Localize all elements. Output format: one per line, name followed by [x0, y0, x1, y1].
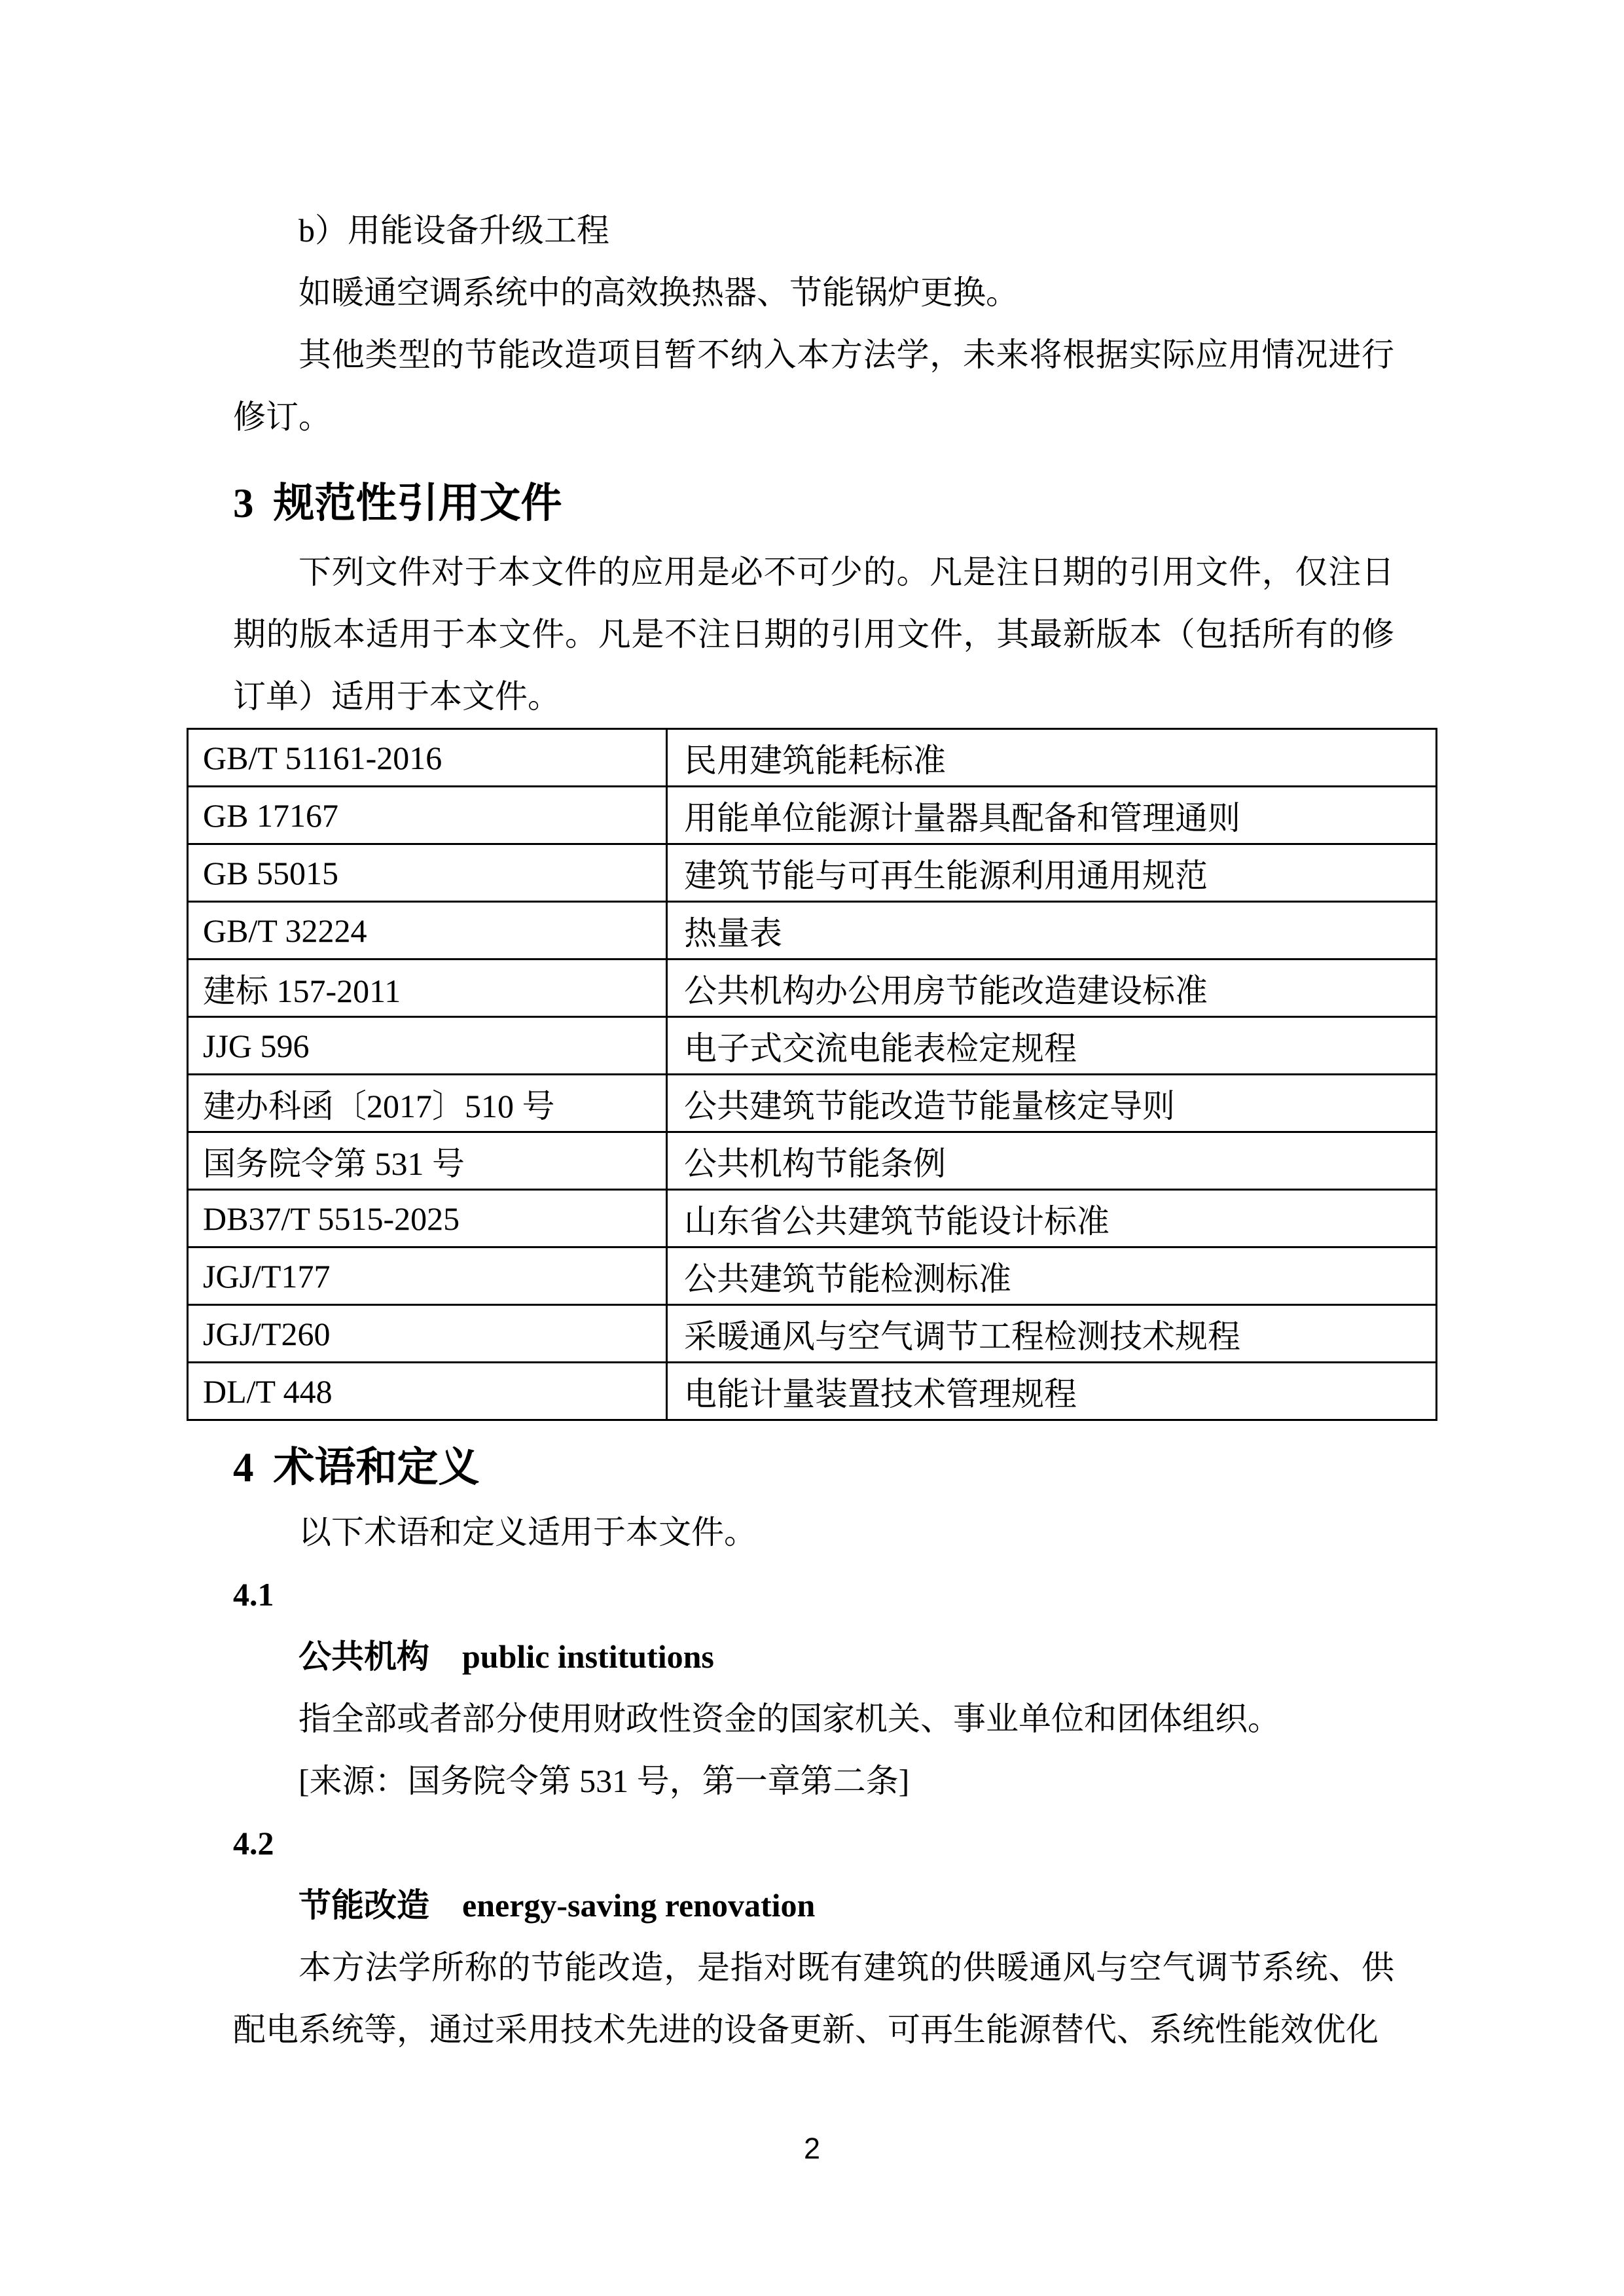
reference-row: 国务院令第 531 号 公共机构节能条例 [188, 1132, 1437, 1190]
section-3-title: 规范性引用文件 [274, 473, 562, 533]
section-4-title: 术语和定义 [274, 1437, 480, 1498]
reference-title: 电子式交流电能表检定规程 [667, 1017, 1437, 1075]
reference-title: 热量表 [667, 902, 1437, 960]
term-4-2-title: 节能改造energy-saving renovation [233, 1874, 1394, 1937]
term-4-1-en: public institutions [462, 1638, 714, 1675]
reference-row: JGJ/T260 采暖通风与空气调节工程检测技术规程 [188, 1305, 1437, 1363]
reference-code: 建办科函〔2017〕510 号 [188, 1075, 667, 1132]
term-4-2-en: energy-saving renovation [462, 1887, 815, 1924]
term-4-2-zh: 节能改造 [298, 1887, 429, 1924]
reference-title: 用能单位能源计量器具配备和管理通则 [667, 787, 1437, 844]
reference-code: DL/T 448 [188, 1363, 667, 1420]
section-3-intro: 下列文件对于本文件的应用是必不可少的。凡是注日期的引用文件，仅注日期的版本适用于… [233, 541, 1394, 728]
reference-row: 建标 157-2011 公共机构办公用房节能改造建设标准 [188, 960, 1437, 1017]
reference-title: 公共机构办公用房节能改造建设标准 [667, 960, 1437, 1017]
term-4-2-number: 4.2 [233, 1812, 1394, 1874]
reference-row: GB/T 51161-2016 民用建筑能耗标准 [188, 729, 1437, 787]
reference-code: GB 17167 [188, 787, 667, 844]
reference-row: DB37/T 5515-2025 山东省公共建筑节能设计标准 [188, 1190, 1437, 1247]
section-4-heading: 4 术语和定义 [233, 1437, 1394, 1498]
intro-block: b）用能设备升级工程 如暖通空调系统中的高效换热器、节能锅炉更换。 其他类型的节… [233, 0, 1394, 2061]
term-4-1-number: 4.1 [233, 1564, 1394, 1626]
reference-code: GB/T 32224 [188, 902, 667, 960]
reference-code: GB 55015 [188, 844, 667, 902]
references-body: GB/T 51161-2016 民用建筑能耗标准 GB 17167 用能单位能源… [188, 729, 1437, 1420]
reference-title: 山东省公共建筑节能设计标准 [667, 1190, 1437, 1247]
reference-title: 公共建筑节能改造节能量核定导则 [667, 1075, 1437, 1132]
reference-row: GB 55015 建筑节能与可再生能源利用通用规范 [188, 844, 1437, 902]
clause-b-description: 如暖通空调系统中的高效换热器、节能锅炉更换。 [233, 262, 1394, 324]
reference-title: 采暖通风与空气调节工程检测技术规程 [667, 1305, 1437, 1363]
reference-code: 建标 157-2011 [188, 960, 667, 1017]
reference-title: 公共机构节能条例 [667, 1132, 1437, 1190]
page-number: 2 [0, 2132, 1624, 2165]
reference-row: JGJ/T177 公共建筑节能检测标准 [188, 1247, 1437, 1305]
term-4-1-zh: 公共机构 [298, 1638, 429, 1675]
reference-row: GB/T 32224 热量表 [188, 902, 1437, 960]
reference-title: 电能计量装置技术管理规程 [667, 1363, 1437, 1420]
term-4-1-title: 公共机构public institutions [233, 1626, 1394, 1688]
reference-code: DB37/T 5515-2025 [188, 1190, 667, 1247]
document-page: b）用能设备升级工程 如暖通空调系统中的高效换热器、节能锅炉更换。 其他类型的节… [0, 0, 1624, 2296]
reference-code: JGJ/T260 [188, 1305, 667, 1363]
term-4-2-definition: 本方法学所称的节能改造，是指对既有建筑的供暖通风与空气调节系统、供配电系统等，通… [233, 1937, 1394, 2061]
reference-row: DL/T 448 电能计量装置技术管理规程 [188, 1363, 1437, 1420]
term-4-1-definition: 指全部或者部分使用财政性资金的国家机关、事业单位和团体组织。 [233, 1688, 1394, 1750]
section-4-number: 4 [233, 1437, 254, 1498]
term-4-1-source: [来源：国务院令第 531 号，第一章第二条] [233, 1750, 1394, 1812]
other-types-note: 其他类型的节能改造项目暂不纳入本方法学，未来将根据实际应用情况进行修订。 [233, 324, 1394, 448]
normative-references-table: GB/T 51161-2016 民用建筑能耗标准 GB 17167 用能单位能源… [187, 728, 1437, 1421]
reference-title: 建筑节能与可再生能源利用通用规范 [667, 844, 1437, 902]
reference-row: 建办科函〔2017〕510 号 公共建筑节能改造节能量核定导则 [188, 1075, 1437, 1132]
reference-code: 国务院令第 531 号 [188, 1132, 667, 1190]
section-3-number: 3 [233, 473, 254, 533]
section-4-intro: 以下术语和定义适用于本文件。 [233, 1501, 1394, 1564]
section-3-heading: 3 规范性引用文件 [233, 473, 1394, 533]
reference-code: JGJ/T177 [188, 1247, 667, 1305]
reference-row: GB 17167 用能单位能源计量器具配备和管理通则 [188, 787, 1437, 844]
reference-code: JJG 596 [188, 1017, 667, 1075]
clause-b-line: b）用能设备升级工程 [233, 200, 1394, 262]
reference-row: JJG 596 电子式交流电能表检定规程 [188, 1017, 1437, 1075]
reference-title: 公共建筑节能检测标准 [667, 1247, 1437, 1305]
reference-code: GB/T 51161-2016 [188, 729, 667, 787]
reference-title: 民用建筑能耗标准 [667, 729, 1437, 787]
